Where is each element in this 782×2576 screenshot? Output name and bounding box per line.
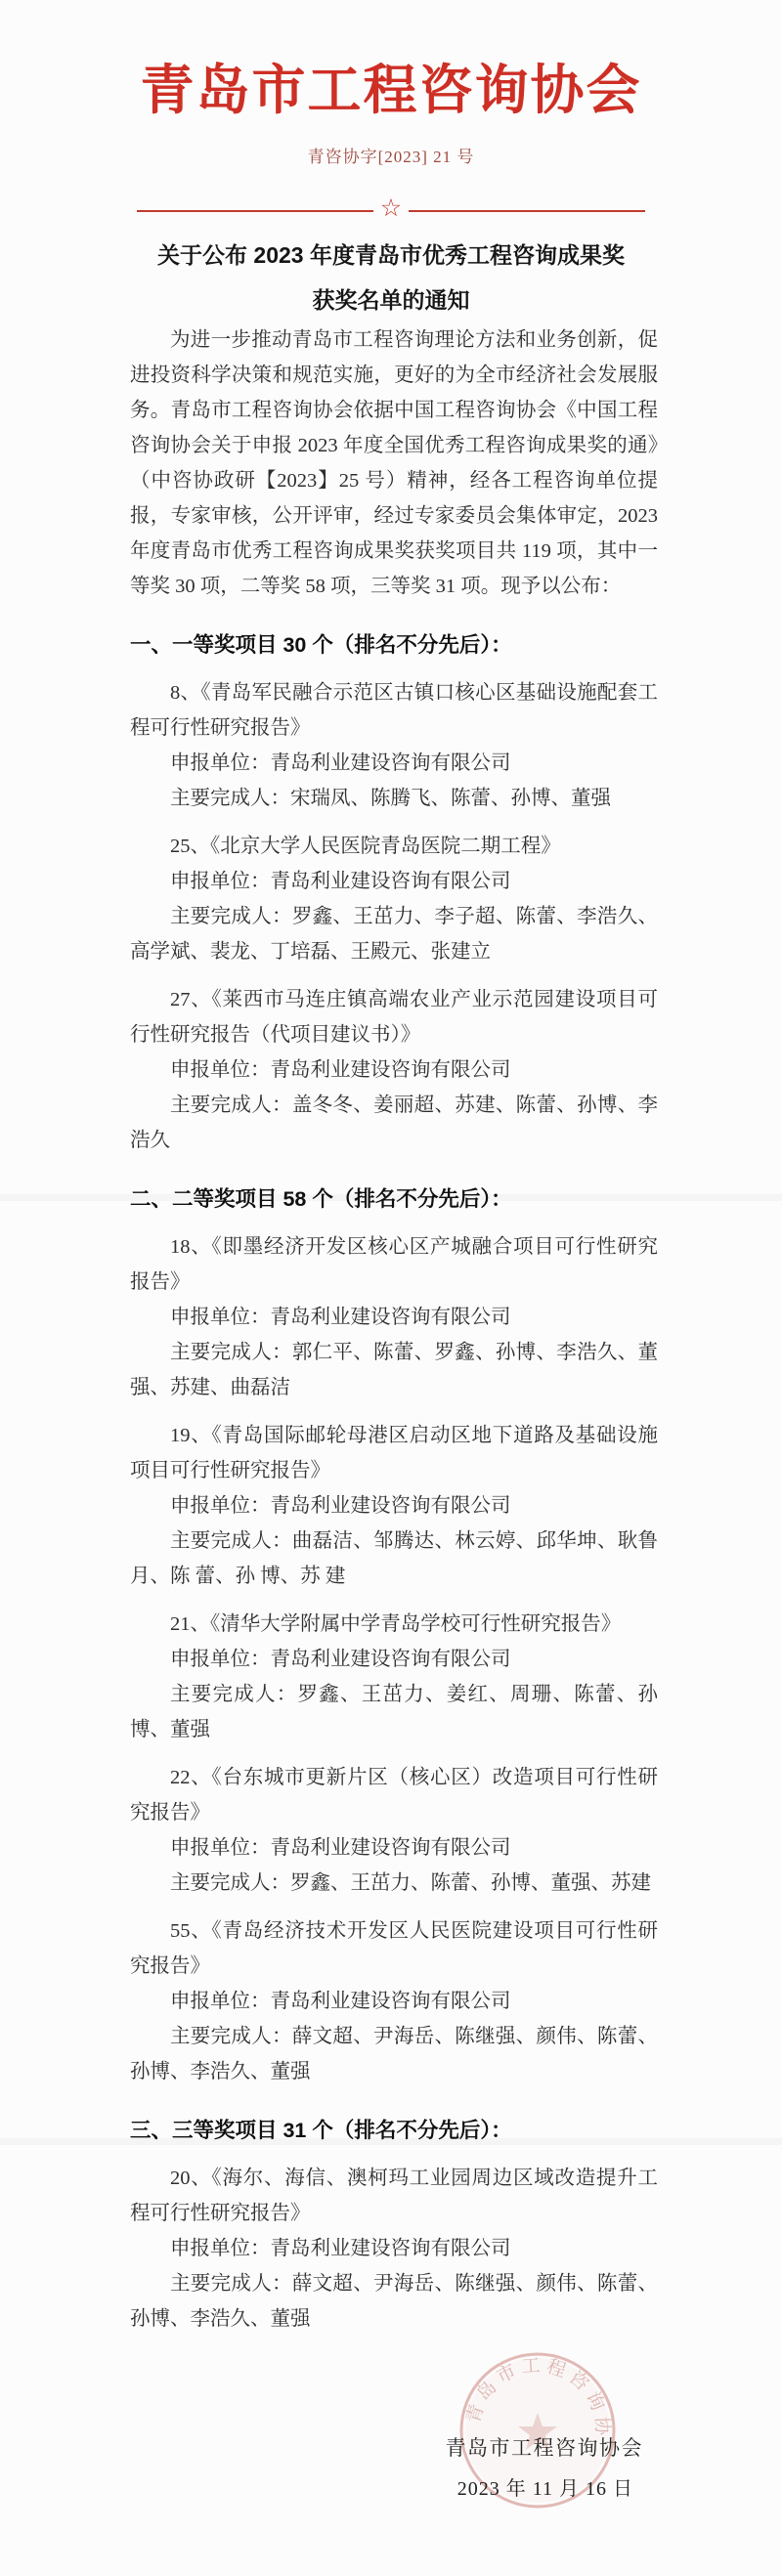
doc-number: 青咨协字[2023] 21 号	[0, 143, 782, 167]
item-unit: 申报单位：青岛利业建设咨询有限公司	[130, 1300, 658, 1335]
signature-org: 青岛市工程咨询协会	[0, 2432, 782, 2462]
divider-line-left	[137, 210, 373, 212]
notice-title-line1: 关于公布 2023 年度青岛市优秀工程咨询成果奖	[0, 233, 782, 278]
item-unit: 申报单位：青岛利业建设咨询有限公司	[130, 746, 658, 781]
item-title: 25、《北京大学人民医院青岛医院二期工程》	[130, 829, 658, 864]
award-item: 25、《北京大学人民医院青岛医院二期工程》 申报单位：青岛利业建设咨询有限公司 …	[130, 829, 658, 969]
item-unit: 申报单位：青岛利业建设咨询有限公司	[130, 1488, 658, 1524]
item-title: 22、《台东城市更新片区（核心区）改造项目可行性研究报告》	[130, 1760, 658, 1830]
item-title: 8、《青岛军民融合示范区古镇口核心区基础设施配套工程可行性研究报告》	[130, 675, 658, 746]
notice-title-line2: 获奖名单的通知	[0, 278, 782, 322]
item-unit: 申报单位：青岛利业建设咨询有限公司	[130, 864, 658, 899]
item-people: 主要完成人：宋瑞凤、陈腾飞、陈蕾、孙博、董强	[130, 781, 658, 816]
award-item: 22、《台东城市更新片区（核心区）改造项目可行性研究报告》 申报单位：青岛利业建…	[130, 1760, 658, 1901]
item-title: 27、《莱西市马连庄镇高端农业产业示范园建设项目可行性研究报告（代项目建议书）》	[130, 982, 658, 1052]
item-unit: 申报单位：青岛利业建设咨询有限公司	[130, 1642, 658, 1677]
item-unit: 申报单位：青岛利业建设咨询有限公司	[130, 1052, 658, 1088]
item-title: 55、《青岛经济技术开发区人民医院建设项目可行性研究报告》	[130, 1913, 658, 1984]
award-item: 19、《青岛国际邮轮母港区启动区地下道路及基础设施项目可行性研究报告》 申报单位…	[130, 1418, 658, 1594]
section-heading-third-prize: 三、三等奖项目 31 个（排名不分先后）：	[130, 2113, 658, 2148]
signature-date: 2023 年 11 月 16 日	[0, 2472, 782, 2501]
award-item: 27、《莱西市马连庄镇高端农业产业示范园建设项目可行性研究报告（代项目建议书）》…	[130, 982, 658, 1158]
item-title: 18、《即墨经济开发区核心区产城融合项目可行性研究报告》	[130, 1229, 658, 1300]
document-body: 为进一步推动青岛市工程咨询理论方法和业务创新，促进投资科学决策和规范实施，更好的…	[130, 322, 658, 2337]
item-people: 主要完成人：郭仁平、陈蕾、罗鑫、孙博、李浩久、董强、苏建、曲磊洁	[130, 1335, 658, 1405]
item-people: 主要完成人：盖冬冬、姜丽超、苏建、陈蕾、孙博、李浩久	[130, 1088, 658, 1158]
item-people: 主要完成人：罗鑫、王茁力、姜红、周珊、陈蕾、孙博、董强	[130, 1677, 658, 1747]
award-item: 21、《清华大学附属中学青岛学校可行性研究报告》 申报单位：青岛利业建设咨询有限…	[130, 1607, 658, 1747]
scanned-notice-document: 青岛市工程咨询协会 青咨协字[2023] 21 号 ☆ 关于公布 2023 年度…	[0, 0, 782, 2576]
item-title: 21、《清华大学附属中学青岛学校可行性研究报告》	[130, 1607, 658, 1642]
award-item: 18、《即墨经济开发区核心区产城融合项目可行性研究报告》 申报单位：青岛利业建设…	[130, 1229, 658, 1405]
item-people: 主要完成人：薛文超、尹海岳、陈继强、颜伟、陈蕾、孙博、李浩久、董强	[130, 2019, 658, 2089]
red-star-divider: ☆	[137, 198, 645, 223]
item-people: 主要完成人：罗鑫、王茁力、李子超、陈蕾、李浩久、高学斌、裴龙、丁培磊、王殿元、张…	[130, 899, 658, 969]
item-people: 主要完成人：罗鑫、王茁力、陈蕾、孙博、董强、苏建	[130, 1866, 658, 1901]
notice-title: 关于公布 2023 年度青岛市优秀工程咨询成果奖 获奖名单的通知	[0, 233, 782, 322]
item-unit: 申报单位：青岛利业建设咨询有限公司	[130, 1984, 658, 2019]
award-item: 55、《青岛经济技术开发区人民医院建设项目可行性研究报告》 申报单位：青岛利业建…	[130, 1913, 658, 2089]
org-title: 青岛市工程咨询协会	[0, 47, 782, 124]
section-heading-second-prize: 二、二等奖项目 58 个（排名不分先后）：	[130, 1181, 658, 1217]
item-title: 20、《海尔、海信、澳柯玛工业园周边区域改造提升工程可行性研究报告》	[130, 2161, 658, 2231]
award-item: 8、《青岛军民融合示范区古镇口核心区基础设施配套工程可行性研究报告》 申报单位：…	[130, 675, 658, 816]
item-unit: 申报单位：青岛利业建设咨询有限公司	[130, 2231, 658, 2266]
item-unit: 申报单位：青岛利业建设咨询有限公司	[130, 1830, 658, 1866]
item-people: 主要完成人：薛文超、尹海岳、陈继强、颜伟、陈蕾、孙博、李浩久、董强	[130, 2266, 658, 2337]
award-item: 20、《海尔、海信、澳柯玛工业园周边区域改造提升工程可行性研究报告》 申报单位：…	[130, 2161, 658, 2337]
item-title: 19、《青岛国际邮轮母港区启动区地下道路及基础设施项目可行性研究报告》	[130, 1418, 658, 1488]
section-heading-first-prize: 一、一等奖项目 30 个（排名不分先后）：	[130, 627, 658, 663]
item-people: 主要完成人：曲磊洁、邹腾达、林云婷、邱华坤、耿鲁月、陈 蕾、孙 博、苏 建	[130, 1524, 658, 1594]
star-icon: ☆	[380, 196, 402, 221]
divider-line-right	[409, 210, 645, 212]
intro-paragraph: 为进一步推动青岛市工程咨询理论方法和业务创新，促进投资科学决策和规范实施，更好的…	[130, 322, 658, 604]
